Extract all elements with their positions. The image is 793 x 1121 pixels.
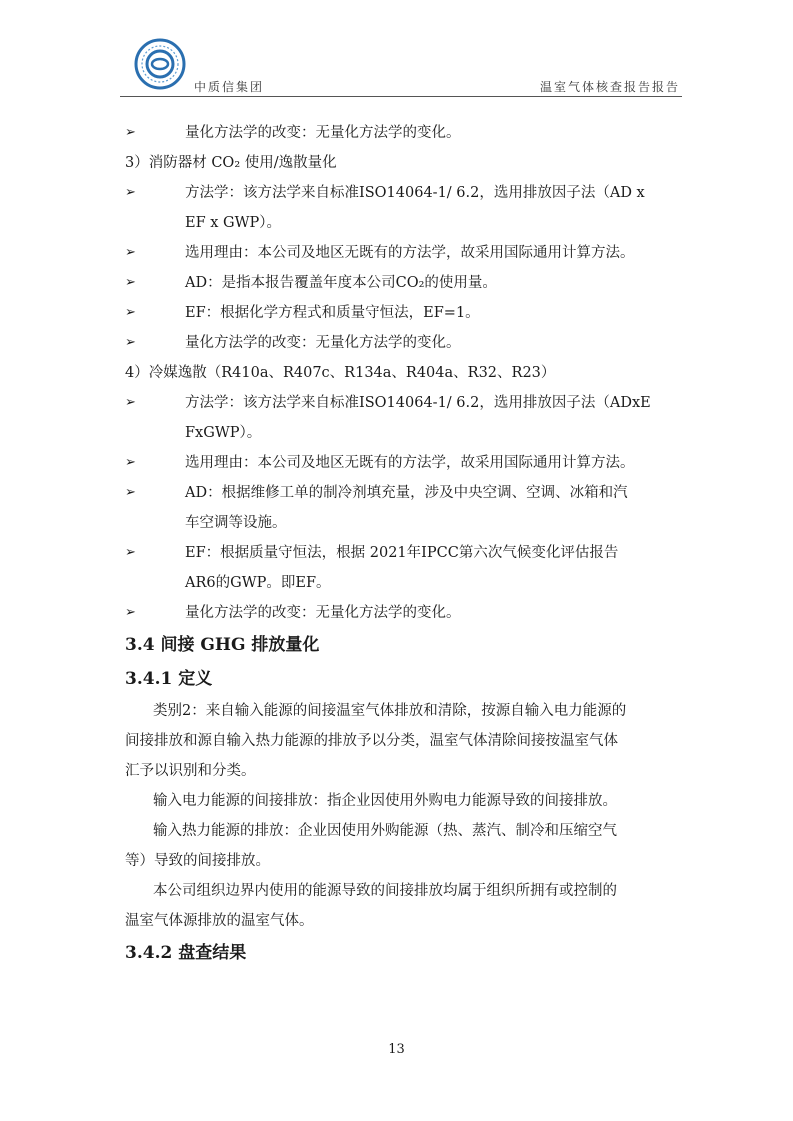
bullet-item: ➢EF：根据化学方程式和质量守恒法，EF=1。 (125, 298, 685, 328)
arrow-bullet-icon: ➢ (125, 268, 136, 298)
bullet-continuation: 车空调等设施。 (125, 508, 685, 538)
arrow-bullet-icon: ➢ (125, 118, 136, 148)
bullet-continuation: FxGWP）。 (125, 418, 685, 448)
bullet-item: ➢方法学：该方法学来自标准ISO14064-1/ 6.2，选用排放因子法（ADx… (125, 388, 685, 418)
arrow-bullet-icon: ➢ (125, 328, 136, 358)
bullet-item: ➢方法学：该方法学来自标准ISO14064-1/ 6.2，选用排放因子法（AD … (125, 178, 685, 208)
arrow-bullet-icon: ➢ (125, 598, 136, 628)
header-divider (120, 96, 682, 97)
section-heading-3-4-1: 3.4.1 定义 (125, 662, 685, 696)
paragraph-line: 温室气体源排放的温室气体。 (125, 906, 685, 936)
bullet-item: ➢量化方法学的改变：无量化方法学的变化。 (125, 598, 685, 628)
numbered-item: 3）消防器材 CO₂ 使用/逸散量化 (125, 148, 685, 178)
arrow-bullet-icon: ➢ (125, 298, 136, 328)
bullet-item: ➢选用理由：本公司及地区无既有的方法学，故采用国际通用计算方法。 (125, 448, 685, 478)
report-title: 温室气体核查报告报告 (540, 78, 680, 95)
arrow-bullet-icon: ➢ (125, 538, 136, 568)
section-heading-3-4-2: 3.4.2 盘查结果 (125, 936, 685, 970)
paragraph-line: 输入热力能源的排放：企业因使用外购能源（热、蒸汽、制冷和压缩空气 (125, 816, 685, 846)
bullet-item: ➢量化方法学的改变：无量化方法学的变化。 (125, 118, 685, 148)
company-name: 中质信集团 (194, 78, 264, 95)
bullet-item: ➢AD：是指本报告覆盖年度本公司CO₂的使用量。 (125, 268, 685, 298)
paragraph-line: 间接排放和源自输入热力能源的排放予以分类，温室气体清除间接按温室气体 (125, 726, 685, 756)
arrow-bullet-icon: ➢ (125, 238, 136, 268)
arrow-bullet-icon: ➢ (125, 448, 136, 478)
page-number: 13 (0, 1042, 793, 1057)
paragraph-line: 本公司组织边界内使用的能源导致的间接排放均属于组织所拥有或控制的 (125, 876, 685, 906)
arrow-bullet-icon: ➢ (125, 178, 136, 208)
bullet-item: ➢选用理由：本公司及地区无既有的方法学，故采用国际通用计算方法。 (125, 238, 685, 268)
paragraph-line: 汇予以识别和分类。 (125, 756, 685, 786)
company-seal-logo-icon (134, 36, 186, 92)
bullet-continuation: AR6的GWP。即EF。 (125, 568, 685, 598)
arrow-bullet-icon: ➢ (125, 388, 136, 418)
document-body: ➢量化方法学的改变：无量化方法学的变化。 3）消防器材 CO₂ 使用/逸散量化 … (125, 118, 685, 970)
paragraph-line: 类别2：来自输入能源的间接温室气体排放和清除，按源自输入电力能源的 (125, 696, 685, 726)
bullet-item: ➢量化方法学的改变：无量化方法学的变化。 (125, 328, 685, 358)
bullet-continuation: EF x GWP）。 (125, 208, 685, 238)
page-header: 中质信集团 温室气体核查报告报告 (120, 30, 682, 96)
paragraph-line: 等）导致的间接排放。 (125, 846, 685, 876)
numbered-item: 4）冷媒逸散（R410a、R407c、R134a、R404a、R32、R23） (125, 358, 685, 388)
bullet-item: ➢EF：根据质量守恒法，根据 2021年IPCC第六次气候变化评估报告 (125, 538, 685, 568)
section-heading-3-4: 3.4 间接 GHG 排放量化 (125, 628, 685, 662)
arrow-bullet-icon: ➢ (125, 478, 136, 508)
paragraph-line: 输入电力能源的间接排放：指企业因使用外购电力能源导致的间接排放。 (125, 786, 685, 816)
bullet-item: ➢AD：根据维修工单的制冷剂填充量，涉及中央空调、空调、冰箱和汽 (125, 478, 685, 508)
